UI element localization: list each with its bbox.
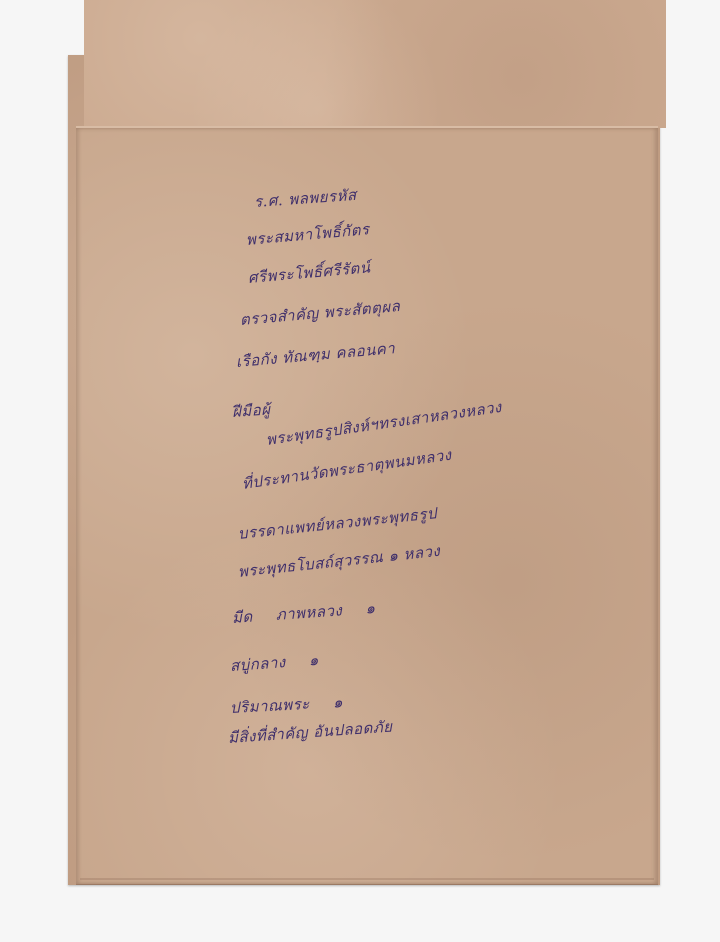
handwritten-line: ตรวจสำคัญ พระสัตตุผล <box>239 294 401 332</box>
front-paper-sheet: ร.ศ. พลพยรหัส พระสมหาโพธิ์กัตร ศรีพระโพธ… <box>76 126 658 885</box>
handwritten-line: ศรีพระโพธิ์ศรีรัตน์ <box>247 255 371 290</box>
handwritten-line: มีด ภาพหลวง ๑ <box>231 596 376 630</box>
handwritten-line: ฝีมือผู้ <box>231 397 271 424</box>
handwritten-line: มีสิ่งที่สำคัญ อันปลอดภัย <box>227 715 393 750</box>
item-quantity: ๑ <box>365 599 376 618</box>
item-label: มีด <box>231 608 253 627</box>
handwritten-line: เรือกัง ทัณฑฺม คลอนคา <box>235 336 396 374</box>
handwritten-line: พระพุทธโบสถ์สุวรรณ ๑ หลวง <box>237 539 442 584</box>
handwritten-text-block: ร.ศ. พลพยรหัส พระสมหาโพธิ์กัตร ศรีพระโพธ… <box>76 128 658 884</box>
folded-top-flap <box>84 0 666 128</box>
item-quantity: ๑ <box>308 651 319 670</box>
item-name: ภาพหลวง <box>275 601 343 624</box>
handwritten-line: ปริมาณพระ ๑ <box>229 690 343 720</box>
item-quantity: ๑ <box>332 693 343 712</box>
handwritten-line: ร.ศ. พลพยรหัส <box>253 183 357 214</box>
item-label: ปริมาณพระ <box>230 695 311 717</box>
item-label: สบู่กลาง <box>229 653 286 675</box>
handwritten-line: พระพุทธรูปสิงห์ฯทรงเสาหลวงหลวง <box>264 395 503 452</box>
handwritten-line: พระสมหาโพธิ์กัตร <box>245 217 370 252</box>
handwritten-line: สบู่กลาง ๑ <box>229 648 319 678</box>
handwritten-line: บรรดาแพทย์หลวงพระพุทธรูป <box>237 501 438 546</box>
